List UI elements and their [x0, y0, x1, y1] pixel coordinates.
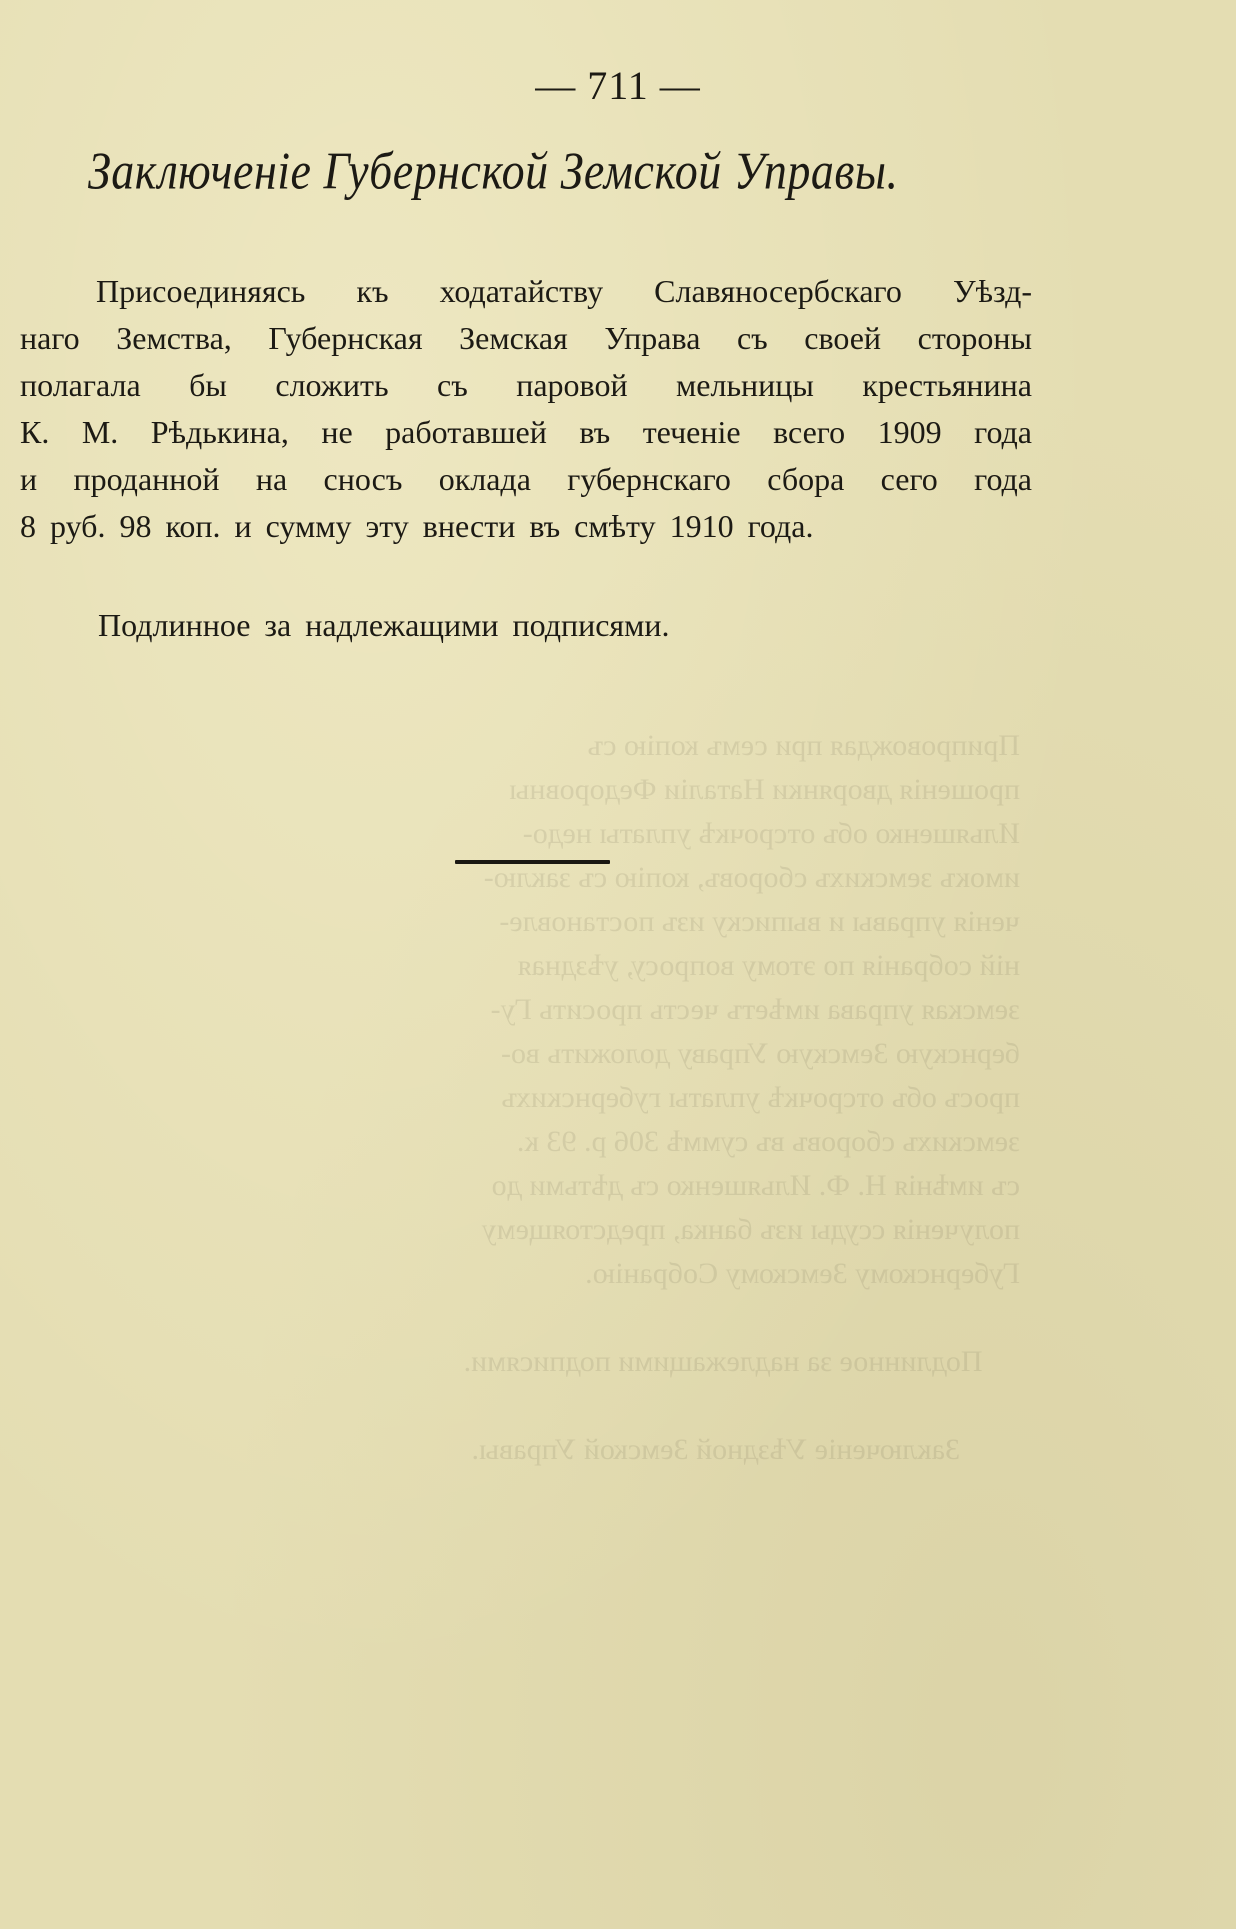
paragraph-line: К. М. Рѣдькина, не работавшей въ теченіе…	[20, 409, 1032, 456]
signature-note: Подлинное за надлежащими подписями.	[98, 605, 670, 645]
section-divider-rule	[455, 860, 610, 864]
section-heading: Заключеніе Губернской Земской Управы.	[88, 140, 899, 201]
paragraph-line: Присоединяясь къ ходатайству Славяносерб…	[20, 268, 1032, 315]
conclusion-paragraph: Присоединяясь къ ходатайству Славяносерб…	[20, 268, 1032, 550]
paragraph-line: 8 руб. 98 коп. и сумму эту внести въ смѣ…	[20, 503, 1032, 550]
paragraph-line: полагала бы сложить съ паровой мельницы …	[20, 362, 1032, 409]
page-number: — 711 —	[0, 62, 1236, 109]
paragraph-line: и проданной на сносъ оклада губернскаго …	[20, 456, 1032, 503]
paragraph-line: наго Земства, Губернская Земская Управа …	[20, 315, 1032, 362]
